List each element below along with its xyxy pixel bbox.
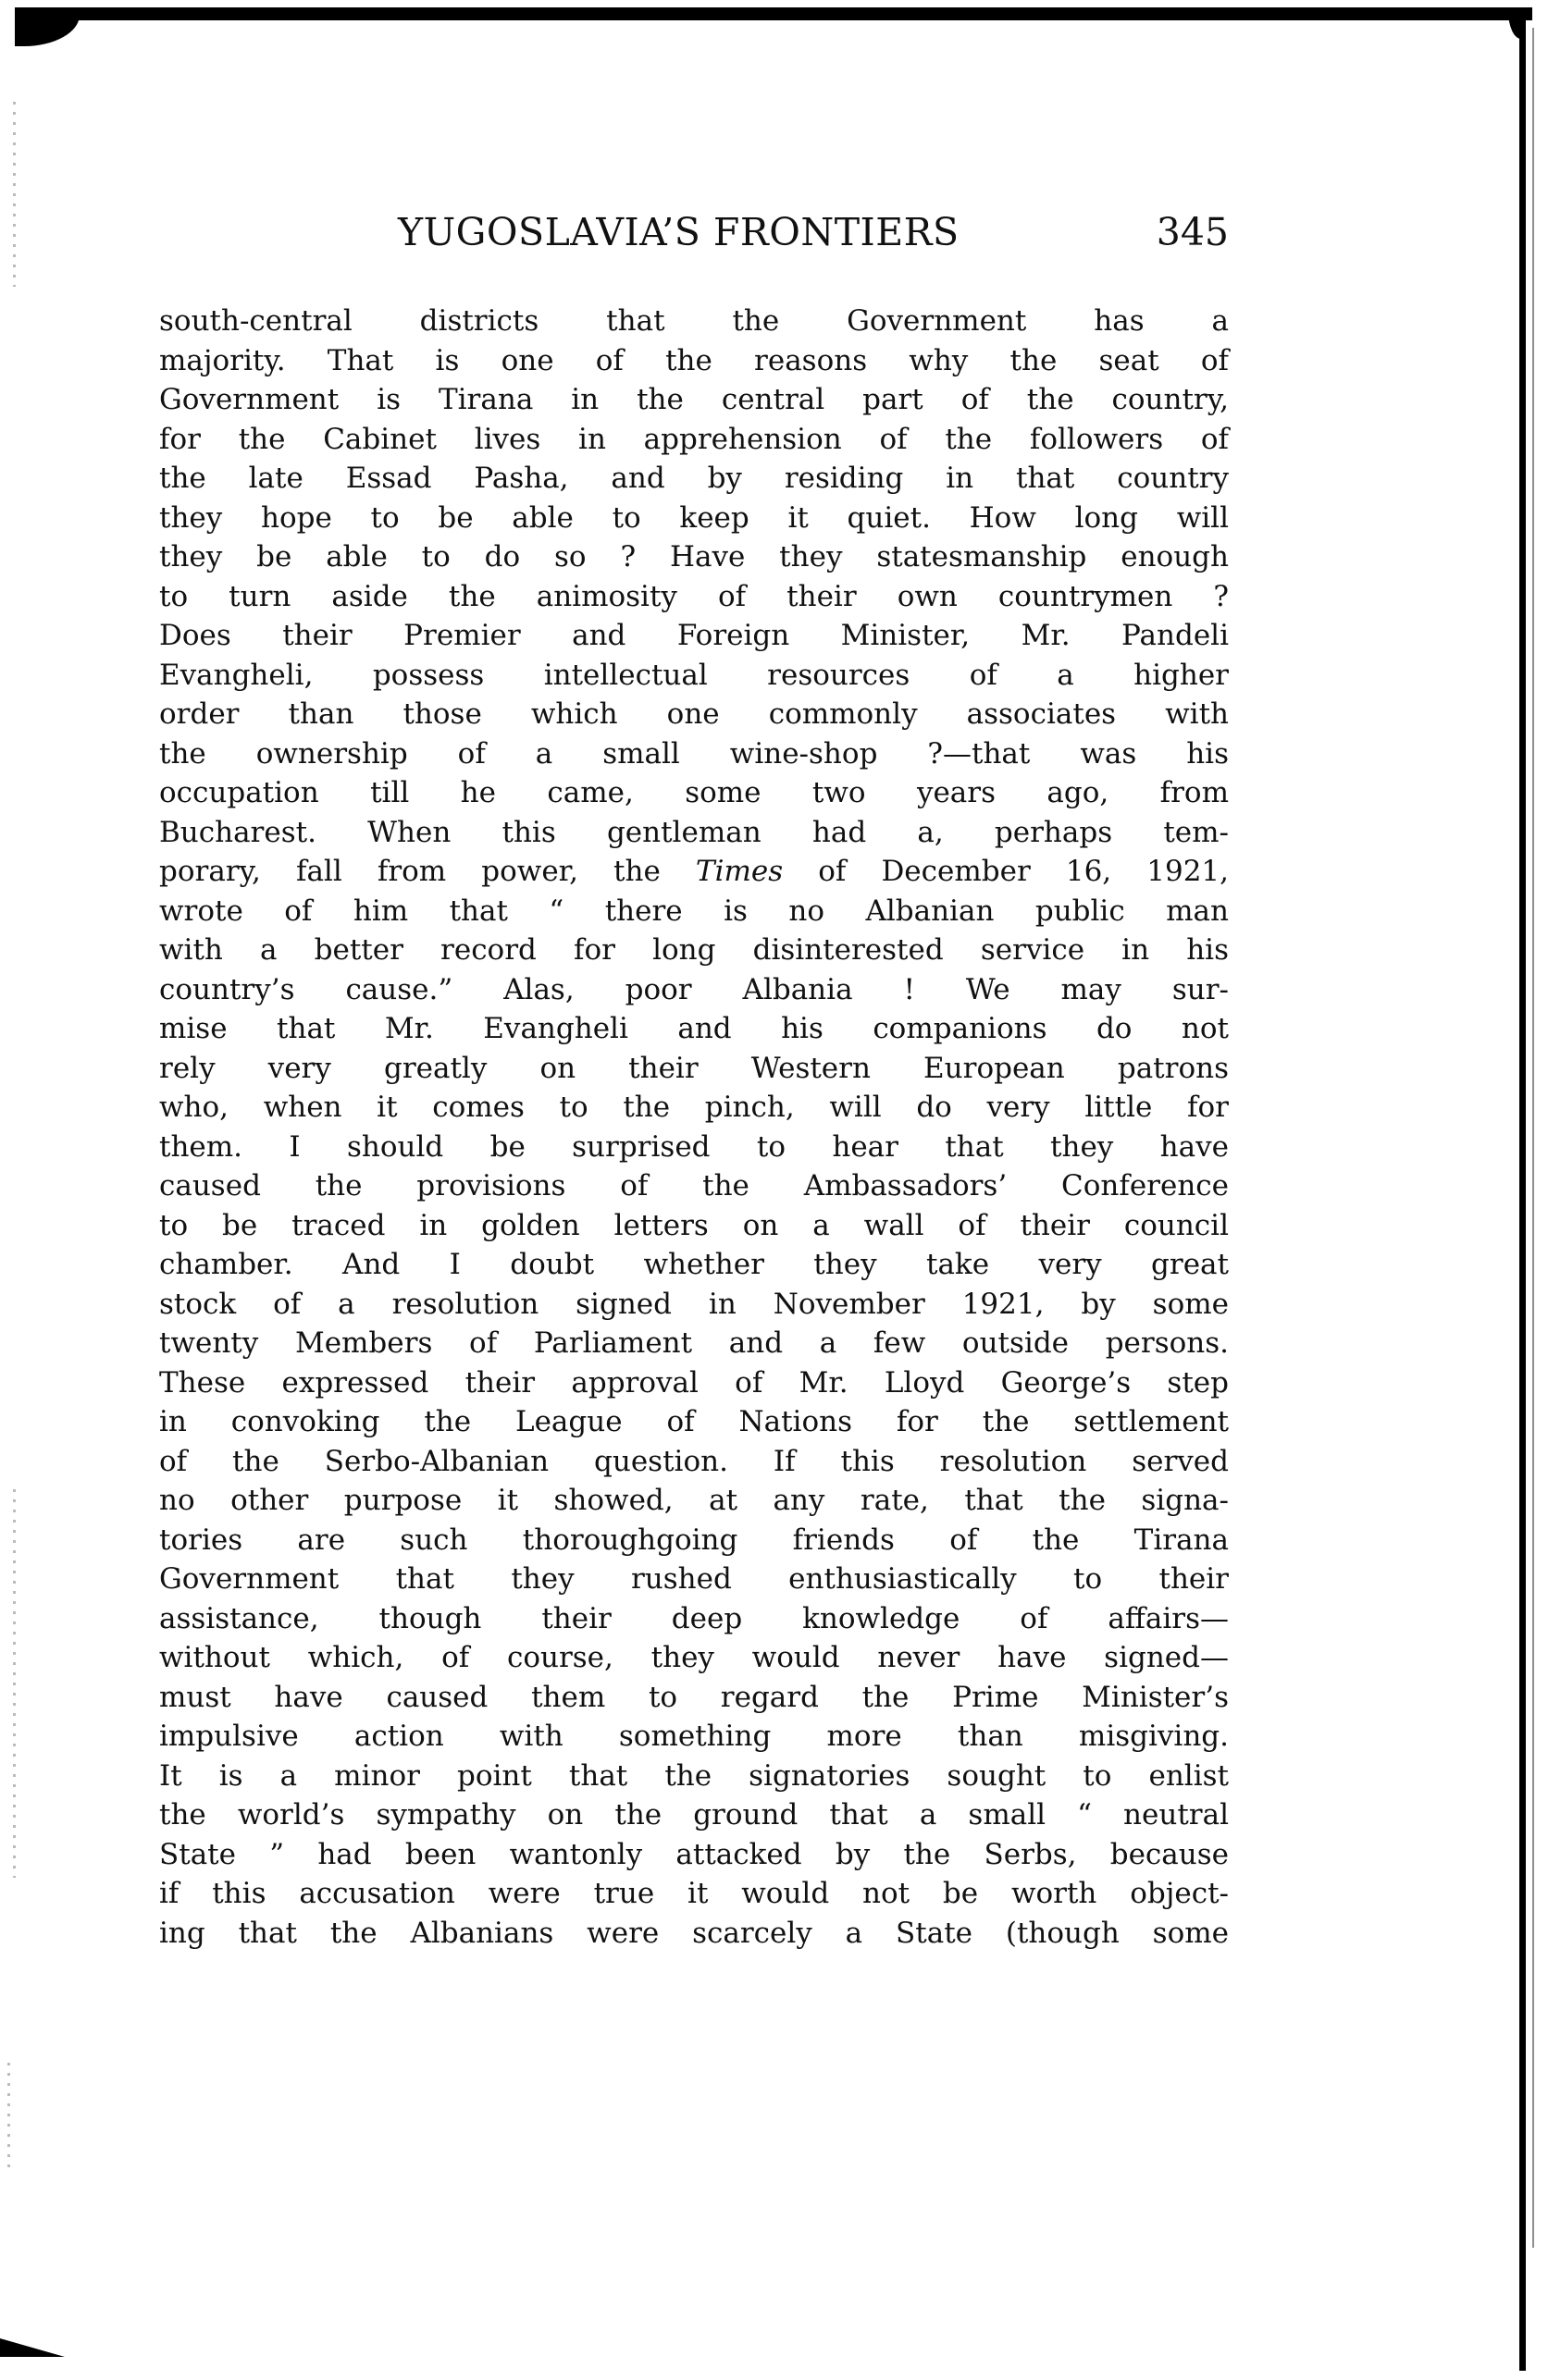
text-line: These expressed their approval of Mr. Ll… xyxy=(159,1363,1229,1403)
text-line: assistance, though their deep knowledge … xyxy=(159,1599,1229,1639)
text-line: with a better record for long disinteres… xyxy=(159,931,1229,970)
text-line: to be traced in golden letters on a wall… xyxy=(159,1206,1229,1246)
text-line: they be able to do so ? Have they states… xyxy=(159,537,1229,577)
text-line: south-central districts that the Governm… xyxy=(159,302,1229,341)
text-line: if this accusation were true it would no… xyxy=(159,1874,1229,1914)
running-head: YUGOSLAVIA’S FRONTIERS 345 xyxy=(159,209,1229,255)
scan-edge-top xyxy=(15,7,1532,20)
text-line: without which, of course, they would nev… xyxy=(159,1638,1229,1678)
text-line: Government is Tirana in the central part… xyxy=(159,380,1229,420)
scan-corner-bottom-left xyxy=(0,2338,65,2357)
text-segment: porary, fall from power, the xyxy=(159,855,696,888)
text-line: stock of a resolution signed in November… xyxy=(159,1285,1229,1325)
text-line: chamber. And I doubt whether they take v… xyxy=(159,1245,1229,1285)
text-line: wrote of him that “ there is no Albanian… xyxy=(159,892,1229,931)
scan-specks-left xyxy=(13,102,16,287)
text-line: occupation till he came, some two years … xyxy=(159,773,1229,813)
text-line: the late Essad Pasha, and by residing in… xyxy=(159,459,1229,499)
text-line: order than those which one commonly asso… xyxy=(159,695,1229,734)
text-segment: of December 16, 1921, xyxy=(783,855,1229,888)
text-line: Government that they rushed enthusiastic… xyxy=(159,1560,1229,1599)
scan-specks-left xyxy=(13,1489,16,1878)
text-line: who, when it comes to the pinch, will do… xyxy=(159,1088,1229,1128)
text-line: of the Serbo-Albanian question. If this … xyxy=(159,1442,1229,1482)
text-line: must have caused them to regard the Prim… xyxy=(159,1678,1229,1718)
text-line: to turn aside the animosity of their own… xyxy=(159,577,1229,617)
text-line: Bucharest. When this gentleman had a, pe… xyxy=(159,813,1229,853)
scan-edge-right xyxy=(1519,7,1526,2371)
text-line: Does their Premier and Foreign Minister,… xyxy=(159,616,1229,656)
body-paragraph: south-central districts that the Governm… xyxy=(159,302,1229,1953)
text-line: country’s cause.” Alas, poor Albania ! W… xyxy=(159,970,1229,1010)
text-line: in convoking the League of Nations for t… xyxy=(159,1402,1229,1442)
text-line: the world’s sympathy on the ground that … xyxy=(159,1795,1229,1835)
text-line: State ” had been wantonly attacked by th… xyxy=(159,1835,1229,1875)
text-line: ing that the Albanians were scarcely a S… xyxy=(159,1914,1229,1954)
text-line: tories are such thoroughgoing friends of… xyxy=(159,1521,1229,1560)
text-line: they hope to be able to keep it quiet. H… xyxy=(159,499,1229,538)
text-line: rely very greatly on their Western Europ… xyxy=(159,1049,1229,1089)
page-number: 345 xyxy=(1157,209,1229,255)
text-line: the ownership of a small wine-shop ?—tha… xyxy=(159,734,1229,774)
text-line: impulsive action with something more tha… xyxy=(159,1717,1229,1757)
scan-corner-top-left xyxy=(15,7,80,46)
scan-specks-left xyxy=(7,2063,10,2174)
text-line: them. I should be surprised to hear that… xyxy=(159,1128,1229,1167)
text-line: It is a minor point that the signatories… xyxy=(159,1757,1229,1796)
scan-edge-right-inner xyxy=(1532,28,1534,2248)
running-head-title: YUGOSLAVIA’S FRONTIERS xyxy=(398,209,960,255)
text-line: majority. That is one of the reasons why… xyxy=(159,341,1229,381)
italic-title-times: Times xyxy=(696,855,783,888)
text-line: no other purpose it showed, at any rate,… xyxy=(159,1481,1229,1521)
text-line: twenty Members of Parliament and a few o… xyxy=(159,1324,1229,1363)
text-line: for the Cabinet lives in apprehension of… xyxy=(159,420,1229,460)
text-line: Evangheli, possess intellectual resource… xyxy=(159,656,1229,696)
text-line-with-italic: porary, fall from power, the Times of De… xyxy=(159,852,1229,892)
text-line: mise that Mr. Evangheli and his companio… xyxy=(159,1009,1229,1049)
text-line: caused the provisions of the Ambassadors… xyxy=(159,1166,1229,1206)
